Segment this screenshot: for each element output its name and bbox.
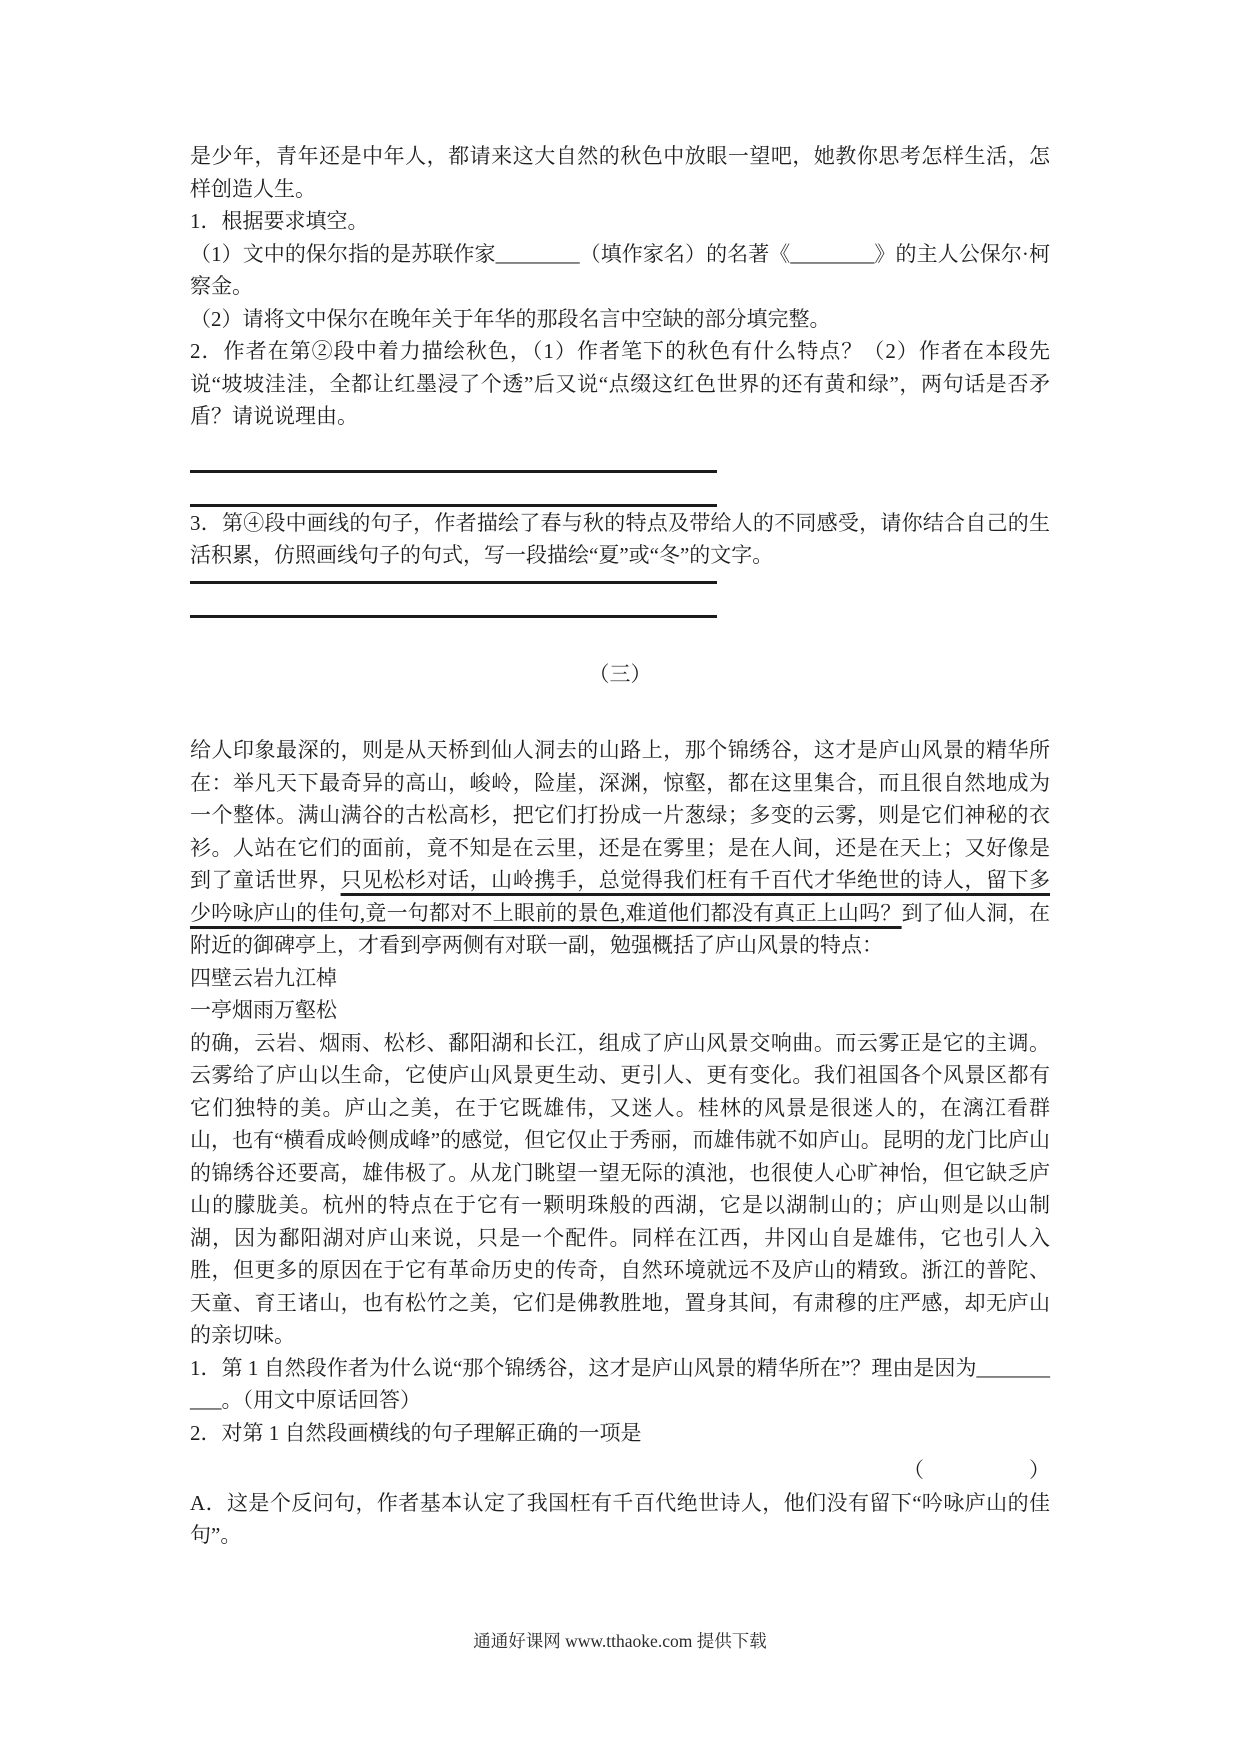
document-content: 是少年，青年还是中年人，都请来这大自然的秋色中放眼一望吧，她教你思考怎样生活，怎…: [0, 0, 1240, 1552]
section3-question-2: 2．对第 1 自然段画横线的句子理解正确的一项是: [190, 1417, 1050, 1450]
question-1-sub1: （1）文中的保尔指的是苏联作家________（填作家名）的名著《_______…: [190, 238, 1050, 303]
answer-blank-line: [190, 470, 717, 473]
couplet-line-1: 四壁云岩九江棹: [190, 962, 1050, 995]
question-1: 1．根据要求填空。: [190, 205, 1050, 238]
question-1-sub2: （2）请将文中保尔在晚年关于年华的那段名言中空缺的部分填完整。: [190, 303, 1050, 336]
answer-blank-line: [190, 581, 717, 584]
question-3: 3．第④段中画线的句子，作者描绘了春与秋的特点及带给人的不同感受，请你结合自己的…: [190, 507, 1050, 572]
intro-paragraph: 是少年，青年还是中年人，都请来这大自然的秋色中放眼一望吧，她教你思考怎样生活，怎…: [190, 140, 1050, 205]
section3-question-1: 1．第 1 自然段作者为什么说“那个锦绣谷，这才是庐山风景的精华所在”？理由是因…: [190, 1352, 1050, 1417]
answer-parentheses: （ ）: [190, 1454, 1050, 1487]
document-page: 是少年，青年还是中年人，都请来这大自然的秋色中放眼一望吧，她教你思考怎样生活，怎…: [0, 0, 1240, 1754]
answer-blank-line: [190, 615, 717, 618]
question-2: 2．作者在第②段中着力描绘秋色，（1）作者笔下的秋色有什么特点？（2）作者在本段…: [190, 335, 1050, 433]
page-footer: 通通好课网 www.tthaoke.com 提供下载: [0, 1630, 1240, 1652]
couplet-line-2: 一亭烟雨万壑松: [190, 994, 1050, 1027]
passage-paragraph-2: 的确，云岩、烟雨、松杉、鄱阳湖和长江，组成了庐山风景交响曲。而云雾正是它的主调。…: [190, 1027, 1050, 1352]
section-heading: （三）: [190, 658, 1050, 691]
passage-paragraph-1: 给人印象最深的，则是从天桥到仙人洞去的山路上，那个锦绣谷，这才是庐山风景的精华所…: [190, 734, 1050, 962]
option-a: A．这是个反问句，作者基本认定了我国枉有千百代绝世诗人，他们没有留下“吟咏庐山的…: [190, 1487, 1050, 1552]
